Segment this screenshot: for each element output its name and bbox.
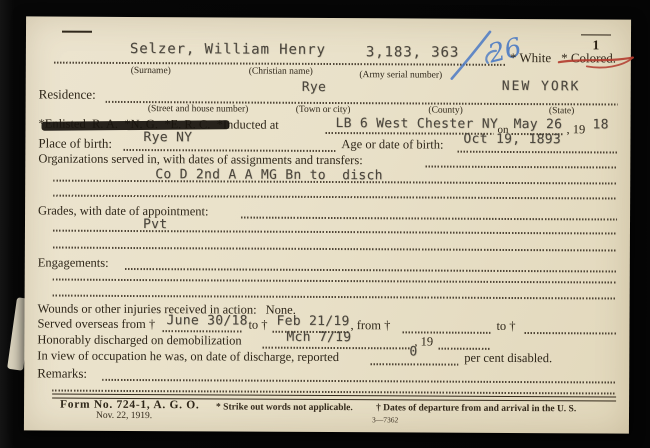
serial-number-label: (Army serial number) [331, 70, 471, 81]
dotted-leader [125, 268, 617, 273]
overseas-from-value: June 30/18 [166, 313, 247, 328]
form-number: Form No. 724-1, A. G. O. [60, 399, 200, 412]
residence-label: Residence: [39, 87, 96, 102]
surname-label: (Surname) [86, 66, 216, 77]
engagements-label: Engagements: [38, 256, 109, 270]
dotted-leader [102, 379, 616, 384]
dotted-leader [53, 295, 617, 300]
footnote-strike: * Strike out words not applicable. [216, 402, 353, 413]
residence-town-value: Rye [302, 80, 326, 95]
state-label: (State) [518, 106, 606, 116]
dotted-leader [53, 230, 617, 235]
dotted-leader [53, 180, 617, 185]
dotted-leader [241, 217, 617, 221]
race-options: * White* Colored. [510, 51, 616, 66]
print-code: 3—7362 [372, 415, 398, 424]
overseas-second-to-label: to † [496, 320, 515, 334]
age-label: Age or date of birth: [341, 138, 443, 152]
scan-background: 1 Selzer, William Henry 3,183, 363 26 * … [0, 0, 650, 448]
place-of-birth-label: Place of birth: [38, 136, 112, 151]
inducted-date-value: May 26 [513, 117, 562, 132]
street-label: (Street and house number) [116, 104, 281, 115]
remarks-label: Remarks: [37, 366, 87, 381]
county-label: (County) [396, 105, 496, 116]
race-white-label: * White [510, 50, 551, 65]
dotted-leader [438, 348, 490, 350]
page-number-overline [581, 34, 611, 35]
form-date: Nov. 22, 1919. [96, 411, 152, 421]
service-record-card: 1 Selzer, William Henry 3,183, 363 26 * … [24, 16, 631, 433]
inducted-year-value: 18 [592, 117, 608, 132]
corner-mark [62, 31, 92, 33]
dotted-leader [425, 166, 617, 169]
footnote-dagger: † Dates of departure from and arrival in… [376, 403, 576, 414]
overseas-to-value: Feb 21/19 [276, 314, 349, 329]
town-label: (Town or city) [266, 105, 381, 116]
place-of-birth-value: Rye NY [143, 130, 192, 145]
discharge-label: Honorably discharged on demobilization [37, 333, 241, 348]
year-19-label: , 19 [566, 123, 585, 137]
dotted-leader [457, 151, 617, 154]
overseas-to-label: to † [248, 319, 267, 333]
inducted-place-value: LB 6 West Chester NY [335, 116, 498, 132]
dotted-leader [162, 330, 242, 332]
dotted-leader [370, 363, 458, 365]
race-colored-label: * Colored. [561, 51, 616, 66]
residence-state-value: NEW YORK [502, 79, 581, 94]
dotted-leader [524, 332, 616, 334]
birth-date-value: Oct 19, 1893 [463, 132, 561, 148]
red-strikethrough-mark [557, 52, 637, 72]
dotted-leader [53, 195, 617, 200]
blackout-strike [41, 120, 229, 131]
dotted-leader [53, 279, 617, 284]
overseas-second-from-label: , from † [350, 319, 390, 333]
dotted-leader [53, 247, 617, 252]
disability-value: 0 [409, 344, 417, 359]
discharge-date-value: Mch 7/19 [286, 330, 351, 345]
name-value: Selzer, William Henry [130, 41, 326, 58]
disability-label: In view of occupation he was, on date of… [37, 349, 339, 364]
disability-suffix-label: per cent disabled. [464, 352, 552, 366]
organizations-label: Organizations served in, with dates of a… [38, 152, 362, 167]
overseas-from-label: Served overseas from † [37, 317, 155, 331]
grades-label: Grades, with date of appointment: [38, 204, 209, 219]
